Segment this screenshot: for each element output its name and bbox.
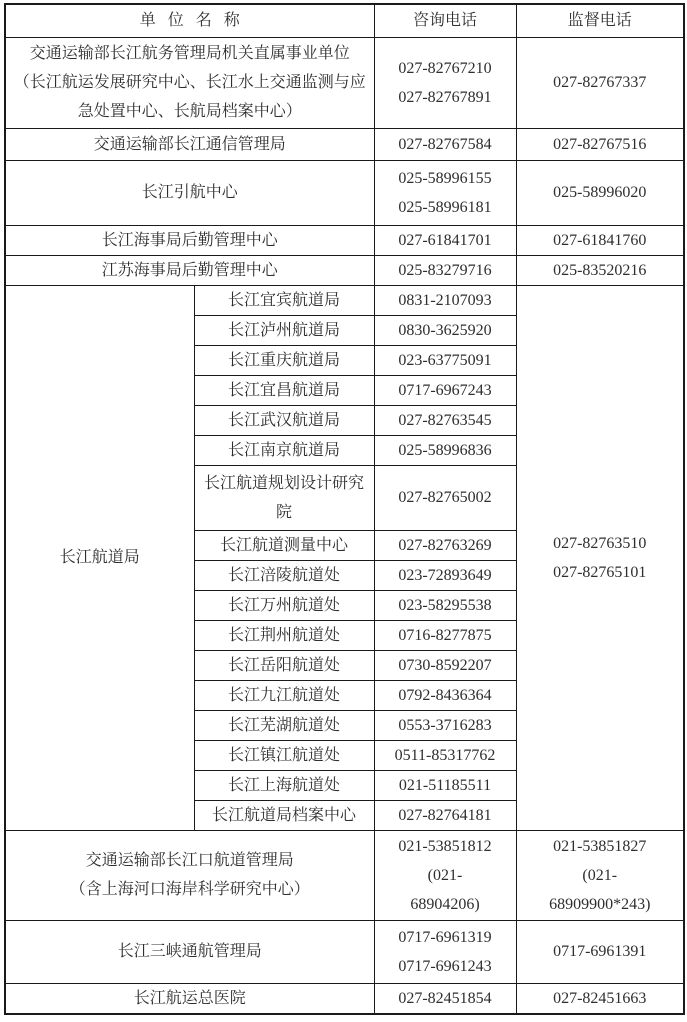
sub-unit-name-cell: 长江航道局档案中心: [194, 800, 374, 830]
table-header-row: 单位名称 咨询电话 监督电话: [5, 4, 684, 37]
sub-unit-name-cell: 长江重庆航道局: [194, 345, 374, 375]
group-sub-row: 长江航道局 长江宜宾航道局 0831-2107093 027-82763510 …: [5, 285, 684, 315]
unit-name-cell: 长江引航中心: [5, 160, 374, 225]
sub-unit-name-cell: 长江上海航道处: [194, 770, 374, 800]
consult-phone-cell: 0511-85317762: [374, 740, 516, 770]
sub-unit-name-cell: 长江万州航道处: [194, 590, 374, 620]
consult-phone-cell: 0792-8436364: [374, 680, 516, 710]
consult-phone-cell: 027-82763545: [374, 405, 516, 435]
consult-phone-cell: 0831-2107093: [374, 285, 516, 315]
table-row: 长江引航中心 025-58996155 025-58996181 025-589…: [5, 160, 684, 225]
sub-unit-name-cell: 长江南京航道局: [194, 435, 374, 465]
table-row: 长江海事局后勤管理中心 027-61841701 027-61841760: [5, 225, 684, 255]
supervise-phone-cell: 027-82451663: [516, 983, 684, 1014]
unit-name-cell: 长江航运总医院: [5, 983, 374, 1014]
consult-phone-cell: 027-82767210 027-82767891: [374, 37, 516, 128]
sub-unit-name-cell: 长江宜宾航道局: [194, 285, 374, 315]
table-row: 江苏海事局后勤管理中心 025-83279716 025-83520216: [5, 255, 684, 285]
consult-phone-cell: 023-58295538: [374, 590, 516, 620]
header-consult-phone: 咨询电话: [374, 4, 516, 37]
unit-name-cell: 交通运输部长江通信管理局: [5, 128, 374, 160]
consult-phone-cell: 021-51185511: [374, 770, 516, 800]
supervise-phone-cell: 027-82767337: [516, 37, 684, 128]
consult-phone-cell: 027-82767584: [374, 128, 516, 160]
consult-phone-cell: 027-82765002: [374, 465, 516, 530]
phone-directory-table: 单位名称 咨询电话 监督电话 交通运输部长江航务管理局机关直属事业单位 （长江航…: [4, 3, 685, 1015]
sub-unit-name-cell: 长江航道测量中心: [194, 530, 374, 560]
sub-unit-name-cell: 长江九江航道处: [194, 680, 374, 710]
supervise-phone-cell: 021-53851827 (021- 68909900*243): [516, 830, 684, 920]
consult-phone-cell: 027-82451854: [374, 983, 516, 1014]
sub-unit-name-cell: 长江武汉航道局: [194, 405, 374, 435]
consult-phone-cell: 0716-8277875: [374, 620, 516, 650]
header-supervise-phone: 监督电话: [516, 4, 684, 37]
table-row: 长江航运总医院 027-82451854 027-82451663: [5, 983, 684, 1014]
consult-phone-cell: 025-83279716: [374, 255, 516, 285]
supervise-phone-cell: 0717-6961391: [516, 920, 684, 983]
sub-unit-name-cell: 长江宜昌航道局: [194, 375, 374, 405]
consult-phone-cell: 025-58996836: [374, 435, 516, 465]
table-row: 交通运输部长江口航道管理局 （含上海河口海岸科学研究中心） 021-538518…: [5, 830, 684, 920]
table-row: 交通运输部长江航务管理局机关直属事业单位 （长江航运发展研究中心、长江水上交通监…: [5, 37, 684, 128]
unit-name-cell: 交通运输部长江航务管理局机关直属事业单位 （长江航运发展研究中心、长江水上交通监…: [5, 37, 374, 128]
table-row: 长江三峡通航管理局 0717-6961319 0717-6961243 0717…: [5, 920, 684, 983]
sub-unit-name-cell: 长江镇江航道处: [194, 740, 374, 770]
unit-name-cell: 长江三峡通航管理局: [5, 920, 374, 983]
unit-name-cell: 江苏海事局后勤管理中心: [5, 255, 374, 285]
unit-name-cell: 长江海事局后勤管理中心: [5, 225, 374, 255]
consult-phone-cell: 0553-3716283: [374, 710, 516, 740]
consult-phone-cell: 023-63775091: [374, 345, 516, 375]
consult-phone-cell: 027-61841701: [374, 225, 516, 255]
consult-phone-cell: 0717-6961319 0717-6961243: [374, 920, 516, 983]
sub-unit-name-cell: 长江航道规划设计研究 院: [194, 465, 374, 530]
supervise-phone-cell: 027-61841760: [516, 225, 684, 255]
page: 单位名称 咨询电话 监督电话 交通运输部长江航务管理局机关直属事业单位 （长江航…: [0, 0, 687, 1022]
header-unit-name: 单位名称: [5, 4, 374, 37]
sub-unit-name-cell: 长江涪陵航道处: [194, 560, 374, 590]
sub-unit-name-cell: 长江芜湖航道处: [194, 710, 374, 740]
consult-phone-cell: 0717-6967243: [374, 375, 516, 405]
group-supervise-phone-cell: 027-82763510 027-82765101: [516, 285, 684, 830]
consult-phone-cell: 0830-3625920: [374, 315, 516, 345]
sub-unit-name-cell: 长江荆州航道处: [194, 620, 374, 650]
consult-phone-cell: 023-72893649: [374, 560, 516, 590]
consult-phone-cell: 027-82764181: [374, 800, 516, 830]
sub-unit-name-cell: 长江岳阳航道处: [194, 650, 374, 680]
consult-phone-cell: 025-58996155 025-58996181: [374, 160, 516, 225]
supervise-phone-cell: 027-82767516: [516, 128, 684, 160]
group-unit-name-cell: 长江航道局: [5, 285, 194, 830]
unit-name-cell: 交通运输部长江口航道管理局 （含上海河口海岸科学研究中心）: [5, 830, 374, 920]
sub-unit-name-cell: 长江泸州航道局: [194, 315, 374, 345]
supervise-phone-cell: 025-83520216: [516, 255, 684, 285]
supervise-phone-cell: 025-58996020: [516, 160, 684, 225]
consult-phone-cell: 021-53851812 (021- 68904206): [374, 830, 516, 920]
consult-phone-cell: 0730-8592207: [374, 650, 516, 680]
consult-phone-cell: 027-82763269: [374, 530, 516, 560]
table-row: 交通运输部长江通信管理局 027-82767584 027-82767516: [5, 128, 684, 160]
